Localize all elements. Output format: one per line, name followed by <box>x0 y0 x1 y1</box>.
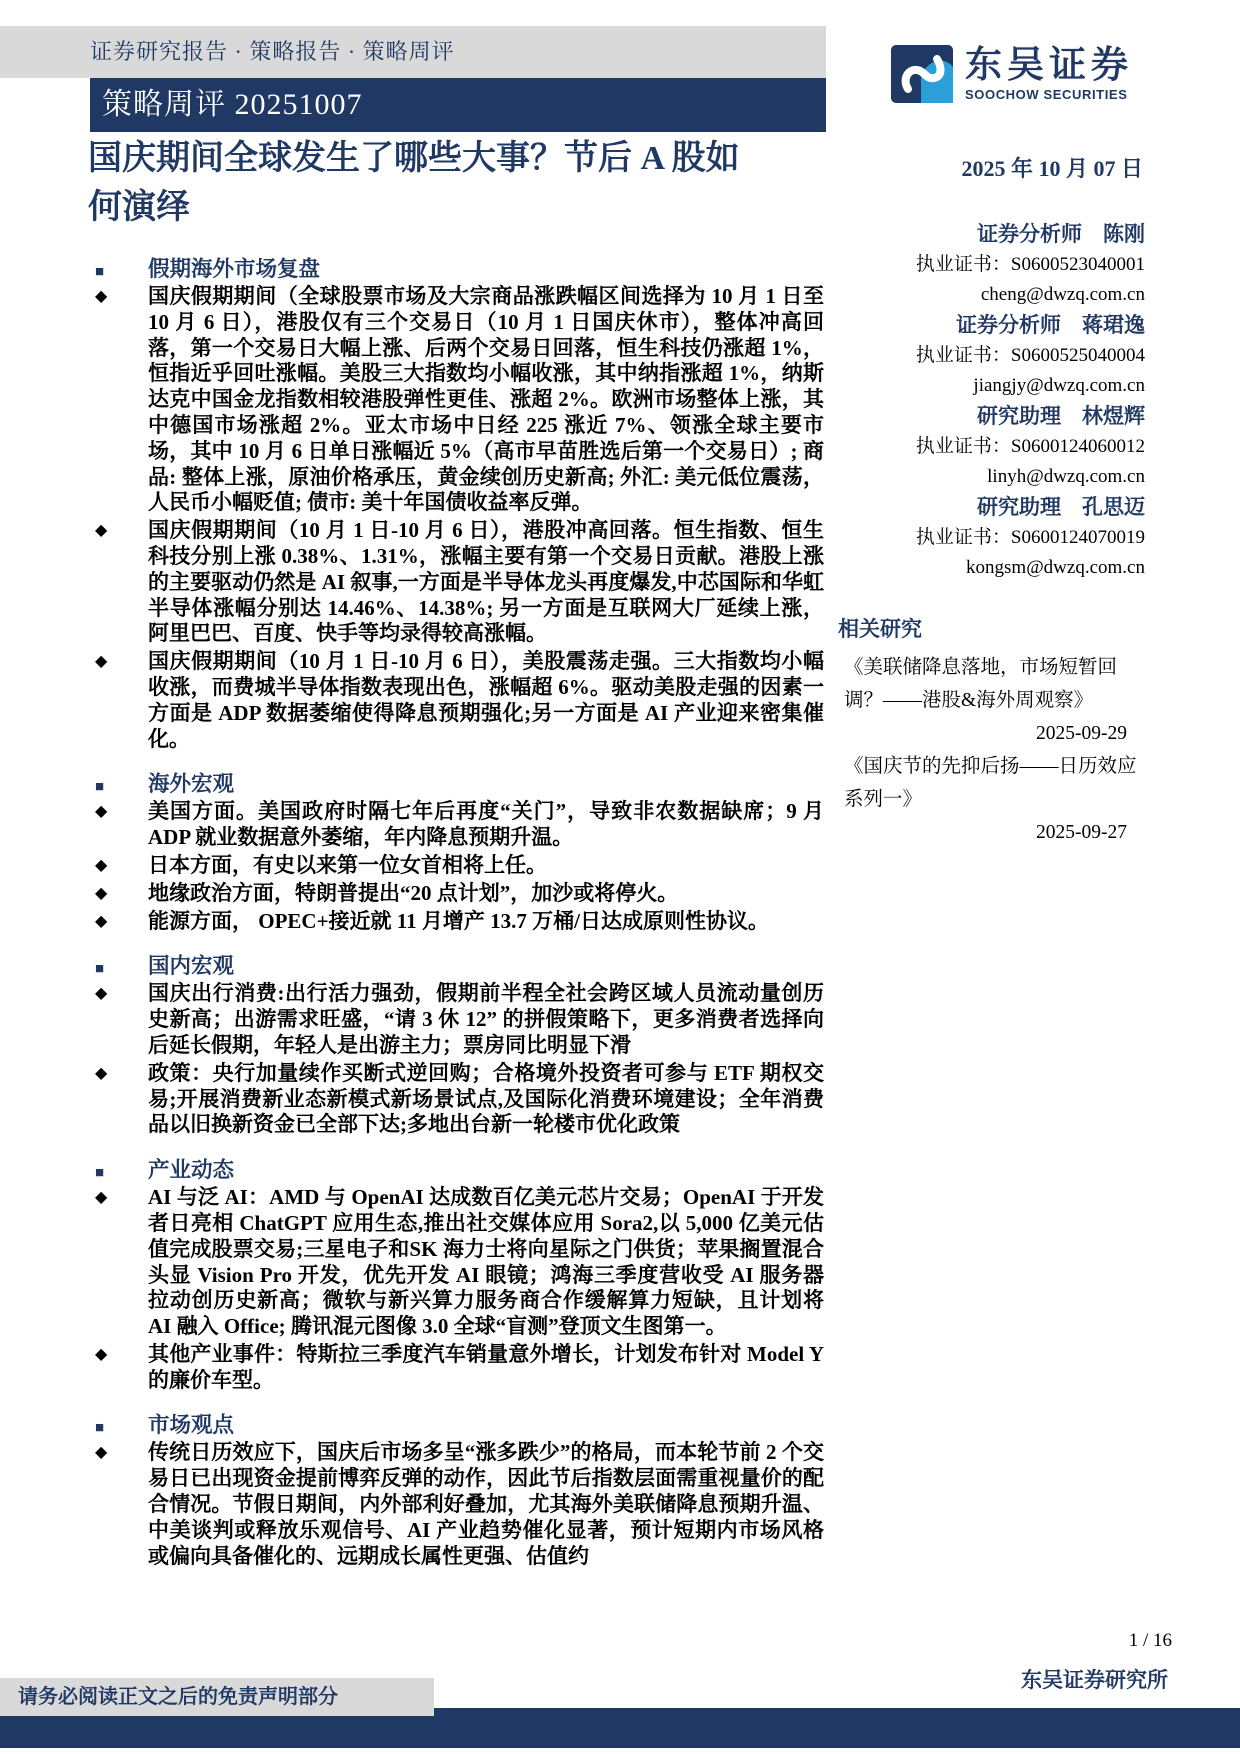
bullet-item: ◆地缘政治方面，特朗普提出“20 点计划”，加沙或将停火。 <box>95 881 824 907</box>
bullet-item: ◆美国方面。美国政府时隔七年后再度“关门”，导致非农数据缺席；9 月 ADP 就… <box>95 799 824 851</box>
brand-text: 东吴证券 SOOCHOW SECURITIES <box>965 45 1133 102</box>
diamond-bullet-icon: ◆ <box>95 1061 148 1138</box>
diamond-bullet-icon: ◆ <box>95 1342 148 1394</box>
analyst-email[interactable]: jiangjy@dwzq.com.cn <box>838 371 1145 401</box>
diamond-bullet-icon: ◆ <box>95 909 148 935</box>
related-research-title[interactable]: 《国庆节的先抑后扬——日历效应系列一》 <box>844 750 1145 816</box>
banner-title: 策略周评 20251007 <box>102 78 363 132</box>
bullet-item: ◆政策：央行加量续作买断式逆回购；合格境外投资者可参与 ETF 期权交易;开展消… <box>95 1061 824 1138</box>
related-research-item: 《美联储降息落地，市场短暂回调？——港股&海外周观察》2025-09-29 <box>838 651 1145 750</box>
section-heading: ■产业动态 <box>95 1157 824 1183</box>
kicker-band: 证券研究报告 · 策略报告 · 策略周评 <box>0 26 826 78</box>
bullet-text: 日本方面，有史以来第一位女首相将上任。 <box>148 853 824 879</box>
related-research-date: 2025-09-27 <box>838 816 1145 849</box>
disclaimer-box: 请务必阅读正文之后的免责声明部分 <box>0 1678 434 1716</box>
bullet-item: ◆国庆假期期间（10 月 1 日-10 月 6 日），港股冲高回落。恒生指数、恒… <box>95 518 824 647</box>
section-heading: ■市场观点 <box>95 1412 824 1438</box>
bullet-text: 国庆假期期间（全球股票市场及大宗商品涨跌幅区间选择为 10 月 1 日至 10 … <box>148 284 824 516</box>
section-industry-news: ■产业动态◆AI 与泛 AI：AMD 与 OpenAI 达成数百亿美元芯片交易；… <box>95 1157 824 1393</box>
analyst-cert: 执业证书：S0600124060012 <box>838 432 1145 462</box>
section-title: 海外宏观 <box>148 771 234 797</box>
section-heading: ■国内宏观 <box>95 953 824 979</box>
diamond-bullet-icon: ◆ <box>95 284 148 516</box>
bullet-text: 地缘政治方面，特朗普提出“20 点计划”，加沙或将停火。 <box>148 881 824 907</box>
analyst-role-name: 研究助理 林煜辉 <box>838 401 1145 432</box>
diamond-bullet-icon: ◆ <box>95 1185 148 1340</box>
bullet-text: 其他产业事件：特斯拉三季度汽车销量意外增长，计划发布针对 Model Y 的廉价… <box>148 1342 824 1394</box>
disclaimer-text: 请务必阅读正文之后的免责声明部分 <box>0 1678 434 1716</box>
analyst-entry: 研究助理 孔思迈执业证书：S0600124070019kongsm@dwzq.c… <box>838 492 1145 583</box>
report-date: 2025 年 10 月 07 日 <box>838 152 1145 183</box>
square-bullet-icon: ■ <box>95 961 148 978</box>
analyst-cert: 执业证书：S0600124070019 <box>838 523 1145 553</box>
diamond-bullet-icon: ◆ <box>95 881 148 907</box>
section-heading: ■海外宏观 <box>95 771 824 797</box>
bullet-text: 传统日历效应下，国庆后市场多呈“涨多跌少”的格局，而本轮节前 2 个交易日已出现… <box>148 1440 824 1569</box>
bullet-text: 国庆假期期间（10 月 1 日-10 月 6 日），美股震荡走强。三大指数均小幅… <box>148 649 824 752</box>
section-title: 假期海外市场复盘 <box>148 256 320 282</box>
analyst-entry: 证券分析师 蒋珺逸执业证书：S0600525040004jiangjy@dwzq… <box>838 310 1145 401</box>
analyst-cert: 执业证书：S0600525040004 <box>838 341 1145 371</box>
analyst-email[interactable]: kongsm@dwzq.com.cn <box>838 553 1145 583</box>
research-institute: 东吴证券研究所 <box>1021 1664 1168 1694</box>
square-bullet-icon: ■ <box>95 779 148 796</box>
square-bullet-icon: ■ <box>95 264 148 281</box>
bullet-text: 国庆出行消费:出行活力强劲，假期前半程全社会跨区域人员流动量创历史新高；出游需求… <box>148 981 824 1058</box>
related-research-heading: 相关研究 <box>838 613 1145 643</box>
analyst-list: 证券分析师 陈刚执业证书：S0600523040001cheng@dwzq.co… <box>838 219 1145 583</box>
section-heading: ■假期海外市场复盘 <box>95 256 824 282</box>
bullet-text: 政策：央行加量续作买断式逆回购；合格境外投资者可参与 ETF 期权交易;开展消费… <box>148 1061 824 1138</box>
section-overseas-macro: ■海外宏观◆美国方面。美国政府时隔七年后再度“关门”，导致非农数据缺席；9 月 … <box>95 771 824 934</box>
page-number: 1 / 16 <box>1129 1630 1172 1652</box>
diamond-bullet-icon: ◆ <box>95 649 148 752</box>
square-bullet-icon: ■ <box>95 1165 148 1182</box>
diamond-bullet-icon: ◆ <box>95 981 148 1058</box>
analyst-email[interactable]: linyh@dwzq.com.cn <box>838 462 1145 492</box>
section-title: 产业动态 <box>148 1157 234 1183</box>
section-title: 国内宏观 <box>148 953 234 979</box>
brand-name-cn: 东吴证券 <box>965 45 1133 87</box>
brand-name-en: SOOCHOW SECURITIES <box>965 87 1133 102</box>
diamond-bullet-icon: ◆ <box>95 1440 148 1569</box>
section-holiday-overseas-review: ■假期海外市场复盘◆国庆假期期间（全球股票市场及大宗商品涨跌幅区间选择为 10 … <box>95 256 824 752</box>
bullet-item: ◆能源方面， OPEC+接近就 11 月增产 13.7 万桶/日达成原则性协议。 <box>95 909 824 935</box>
summary-body: ■假期海外市场复盘◆国庆假期期间（全球股票市场及大宗商品涨跌幅区间选择为 10 … <box>95 248 824 1620</box>
bullet-item: ◆传统日历效应下，国庆后市场多呈“涨多跌少”的格局，而本轮节前 2 个交易日已出… <box>95 1440 824 1569</box>
related-research-date: 2025-09-29 <box>838 717 1145 750</box>
bullet-text: 美国方面。美国政府时隔七年后再度“关门”，导致非农数据缺席；9 月 ADP 就业… <box>148 799 824 851</box>
bullet-item: ◆日本方面，有史以来第一位女首相将上任。 <box>95 853 824 879</box>
analyst-role-name: 研究助理 孔思迈 <box>838 492 1145 523</box>
analyst-entry: 证券分析师 陈刚执业证书：S0600523040001cheng@dwzq.co… <box>838 219 1145 310</box>
bullet-item: ◆其他产业事件：特斯拉三季度汽车销量意外增长，计划发布针对 Model Y 的廉… <box>95 1342 824 1394</box>
bullet-item: ◆国庆假期期间（10 月 1 日-10 月 6 日），美股震荡走强。三大指数均小… <box>95 649 824 752</box>
bullet-item: ◆国庆假期期间（全球股票市场及大宗商品涨跌幅区间选择为 10 月 1 日至 10… <box>95 284 824 516</box>
meta-column: 2025 年 10 月 07 日 证券分析师 陈刚执业证书：S060052304… <box>838 152 1145 849</box>
diamond-bullet-icon: ◆ <box>95 853 148 879</box>
bullet-text: AI 与泛 AI：AMD 与 OpenAI 达成数百亿美元芯片交易；OpenAI… <box>148 1185 824 1340</box>
related-research-item: 《国庆节的先抑后扬——日历效应系列一》2025-09-27 <box>838 750 1145 849</box>
bullet-item: ◆AI 与泛 AI：AMD 与 OpenAI 达成数百亿美元芯片交易；OpenA… <box>95 1185 824 1340</box>
diamond-bullet-icon: ◆ <box>95 799 148 851</box>
report-type-banner: 策略周评 20251007 <box>90 78 826 132</box>
analyst-entry: 研究助理 林煜辉执业证书：S0600124060012linyh@dwzq.co… <box>838 401 1145 492</box>
brand-logo: 东吴证券 SOOCHOW SECURITIES <box>891 45 1133 103</box>
diamond-bullet-icon: ◆ <box>95 518 148 647</box>
square-bullet-icon: ■ <box>95 1420 148 1437</box>
section-title: 市场观点 <box>148 1412 234 1438</box>
section-market-view: ■市场观点◆传统日历效应下，国庆后市场多呈“涨多跌少”的格局，而本轮节前 2 个… <box>95 1412 824 1569</box>
report-title-line2: 何演绎 <box>88 189 190 226</box>
analyst-cert: 执业证书：S0600523040001 <box>838 250 1145 280</box>
report-page: 证券研究报告 · 策略报告 · 策略周评 策略周评 20251007 国庆期间全… <box>0 0 1240 1754</box>
related-research: 相关研究 《美联储降息落地，市场短暂回调？——港股&海外周观察》2025-09-… <box>838 613 1145 849</box>
bullet-text: 国庆假期期间（10 月 1 日-10 月 6 日），港股冲高回落。恒生指数、恒生… <box>148 518 824 647</box>
related-research-title[interactable]: 《美联储降息落地，市场短暂回调？——港股&海外周观察》 <box>844 651 1145 717</box>
bullet-text: 能源方面， OPEC+接近就 11 月增产 13.7 万桶/日达成原则性协议。 <box>148 909 824 935</box>
related-research-list: 《美联储降息落地，市场短暂回调？——港股&海外周观察》2025-09-29《国庆… <box>838 651 1145 849</box>
bullet-item: ◆国庆出行消费:出行活力强劲，假期前半程全社会跨区域人员流动量创历史新高；出游需… <box>95 981 824 1058</box>
report-title: 国庆期间全球发生了哪些大事？节后 A 股如何演绎 <box>88 134 833 232</box>
analyst-role-name: 证券分析师 蒋珺逸 <box>838 310 1145 341</box>
report-title-line1: 国庆期间全球发生了哪些大事？节后 A 股如 <box>88 140 740 177</box>
analyst-role-name: 证券分析师 陈刚 <box>838 219 1145 250</box>
report-category-kicker: 证券研究报告 · 策略报告 · 策略周评 <box>90 26 455 78</box>
analyst-email[interactable]: cheng@dwzq.com.cn <box>838 280 1145 310</box>
section-domestic-macro: ■国内宏观◆国庆出行消费:出行活力强劲，假期前半程全社会跨区域人员流动量创历史新… <box>95 953 824 1138</box>
soochow-logo-icon <box>891 45 953 103</box>
